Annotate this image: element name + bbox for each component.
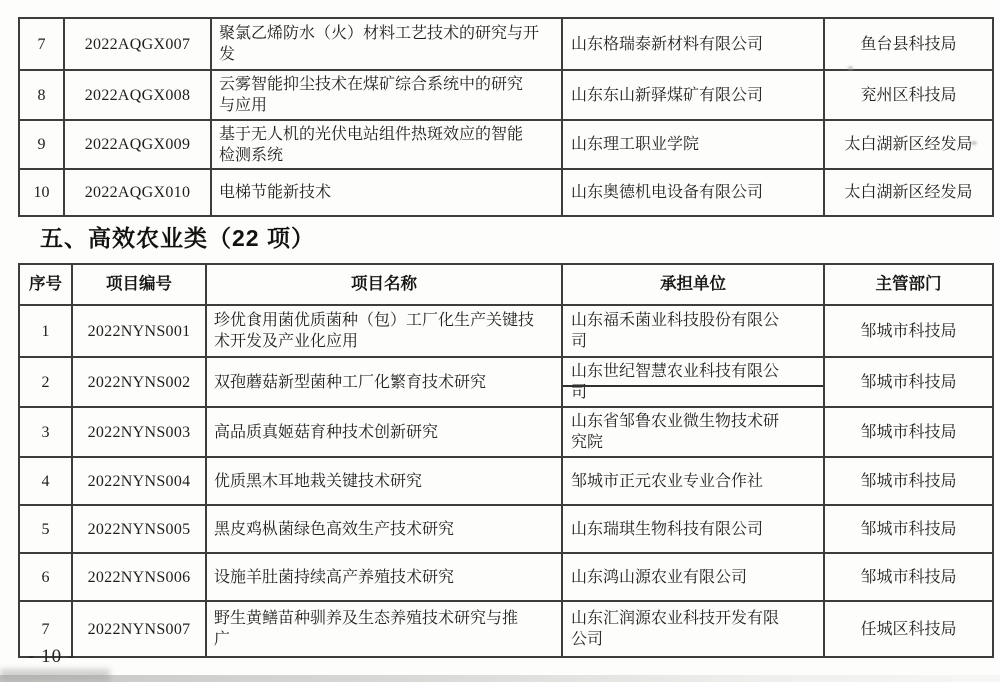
table-row: 7 2022AQGX007 聚氯乙烯防水（火）材料工艺技术的研究与开 发 山东格… (19, 18, 993, 70)
table-row: 8 2022AQGX008 云雾智能抑尘技术在煤矿综合系统中的研究 与应用 山东… (19, 70, 993, 120)
department-cell: 邹城市科技局 (824, 357, 993, 407)
department-cell: 邹城市科技局 (824, 305, 993, 357)
col-header-project-code: 项目编号 (72, 264, 206, 305)
row-number-cell: 10 (19, 169, 64, 216)
project-name-cell: 高品质真姬菇育种技术创新研究 (206, 407, 562, 457)
project-code-cell: 2022NYNS002 (72, 357, 206, 407)
row-number-cell: 1 (19, 305, 72, 357)
project-name-cell: 优质黑木耳地栽关键技术研究 (206, 457, 562, 505)
row-number-cell: 7 (19, 18, 64, 70)
project-name-cell: 珍优食用菌优质菌种（包）工厂化生产关键技 术开发及产业化应用 (206, 305, 562, 357)
table-row: 7 2022NYNS007 野生黄鳝苗种驯养及生态养殖技术研究与推 广 山东汇润… (19, 601, 993, 657)
organization-cell: 山东鸿山源农业有限公司 (562, 553, 824, 601)
project-name-cell: 聚氯乙烯防水（火）材料工艺技术的研究与开 发 (211, 18, 562, 70)
project-name-cell: 电梯节能新技术 (211, 169, 562, 216)
col-header-project-name: 项目名称 (206, 264, 562, 305)
organization-cell: 山东奥德机电设备有限公司 (562, 169, 824, 216)
table-row: 2 2022NYNS002 双孢蘑菇新型菌种工厂化繁育技术研究 山东世纪智慧农业… (19, 357, 993, 407)
project-code-cell: 2022AQGX010 (64, 169, 211, 216)
project-code-cell: 2022NYNS005 (72, 505, 206, 553)
agriculture-projects-table: 序号 项目编号 项目名称 承担单位 主管部门 1 2022NYNS001 珍优食… (18, 263, 994, 658)
scan-artifact-bottom-strip (0, 675, 1000, 682)
scan-artifact-speck (971, 141, 977, 145)
department-cell: 鱼台县科技局 (824, 18, 993, 70)
organization-cell: 邹城市正元农业专业合作社 (562, 457, 824, 505)
table-row: 9 2022AQGX009 基于无人机的光伏电站组件热斑效应的智能 检测系统 山… (19, 120, 993, 169)
department-cell: 兖州区科技局 (824, 70, 993, 120)
project-name-cell: 基于无人机的光伏电站组件热斑效应的智能 检测系统 (211, 120, 562, 169)
row-number-cell: 9 (19, 120, 64, 169)
department-cell: 邹城市科技局 (824, 505, 993, 553)
row-number-cell: 3 (19, 407, 72, 457)
table-row: 1 2022NYNS001 珍优食用菌优质菌种（包）工厂化生产关键技 术开发及产… (19, 305, 993, 357)
col-header-number: 序号 (19, 264, 72, 305)
project-code-cell: 2022NYNS003 (72, 407, 206, 457)
page-number: - 10 - (28, 646, 75, 668)
organization-cell: 山东东山新驿煤矿有限公司 (562, 70, 824, 120)
organization-cell: 山东瑞琪生物科技有限公司 (562, 505, 824, 553)
safety-projects-table: 7 2022AQGX007 聚氯乙烯防水（火）材料工艺技术的研究与开 发 山东格… (18, 17, 994, 217)
row-number-cell: 6 (19, 553, 72, 601)
organization-cell: 山东格瑞泰新材料有限公司 (562, 18, 824, 70)
scan-artifact-speck (848, 66, 853, 70)
department-cell: 太白湖新区经发局 (824, 169, 993, 216)
department-cell: 邹城市科技局 (824, 553, 993, 601)
row-number-cell: 2 (19, 357, 72, 407)
table-row: 6 2022NYNS006 设施羊肚菌持续高产养殖技术研究 山东鸿山源农业有限公… (19, 553, 993, 601)
row-number-cell: 4 (19, 457, 72, 505)
table-row: 10 2022AQGX010 电梯节能新技术 山东奥德机电设备有限公司 太白湖新… (19, 169, 993, 216)
project-code-cell: 2022AQGX009 (64, 120, 211, 169)
project-code-cell: 2022NYNS007 (72, 601, 206, 657)
organization-cell: 山东省邹鲁农业微生物技术研 究院 (562, 407, 824, 457)
project-code-cell: 2022AQGX008 (64, 70, 211, 120)
organization-cell: 山东福禾菌业科技股份有限公 司 (562, 305, 824, 357)
project-name-cell: 黑皮鸡枞菌绿色高效生产技术研究 (206, 505, 562, 553)
row-number-cell: 8 (19, 70, 64, 120)
table-row: 5 2022NYNS005 黑皮鸡枞菌绿色高效生产技术研究 山东瑞琪生物科技有限… (19, 505, 993, 553)
table-row: 3 2022NYNS003 高品质真姬菇育种技术创新研究 山东省邹鲁农业微生物技… (19, 407, 993, 457)
project-code-cell: 2022NYNS001 (72, 305, 206, 357)
department-cell: 邹城市科技局 (824, 457, 993, 505)
row-number-cell: 5 (19, 505, 72, 553)
col-header-department: 主管部门 (824, 264, 993, 305)
underline-mark (563, 385, 823, 387)
scan-artifact-corner-smudge (0, 669, 110, 682)
section-heading: 五、高效农业类（22 项） (40, 220, 315, 253)
department-cell: 太白湖新区经发局 (824, 120, 993, 169)
project-code-cell: 2022NYNS006 (72, 553, 206, 601)
department-cell: 任城区科技局 (824, 601, 993, 657)
organization-cell: 山东理工职业学院 (562, 120, 824, 169)
organization-text: 山东世纪智慧农业科技有限公 司 (571, 363, 779, 401)
col-header-organization: 承担单位 (562, 264, 824, 305)
project-code-cell: 2022AQGX007 (64, 18, 211, 70)
project-name-cell: 云雾智能抑尘技术在煤矿综合系统中的研究 与应用 (211, 70, 562, 120)
project-code-cell: 2022NYNS004 (72, 457, 206, 505)
organization-cell: 山东世纪智慧农业科技有限公 司 (562, 357, 824, 407)
project-name-cell: 野生黄鳝苗种驯养及生态养殖技术研究与推 广 (206, 601, 562, 657)
project-name-cell: 设施羊肚菌持续高产养殖技术研究 (206, 553, 562, 601)
project-name-cell: 双孢蘑菇新型菌种工厂化繁育技术研究 (206, 357, 562, 407)
organization-cell: 山东汇润源农业科技开发有限 公司 (562, 601, 824, 657)
department-cell: 邹城市科技局 (824, 407, 993, 457)
table-row: 4 2022NYNS004 优质黑木耳地栽关键技术研究 邹城市正元农业专业合作社… (19, 457, 993, 505)
table-header-row: 序号 项目编号 项目名称 承担单位 主管部门 (19, 264, 993, 305)
